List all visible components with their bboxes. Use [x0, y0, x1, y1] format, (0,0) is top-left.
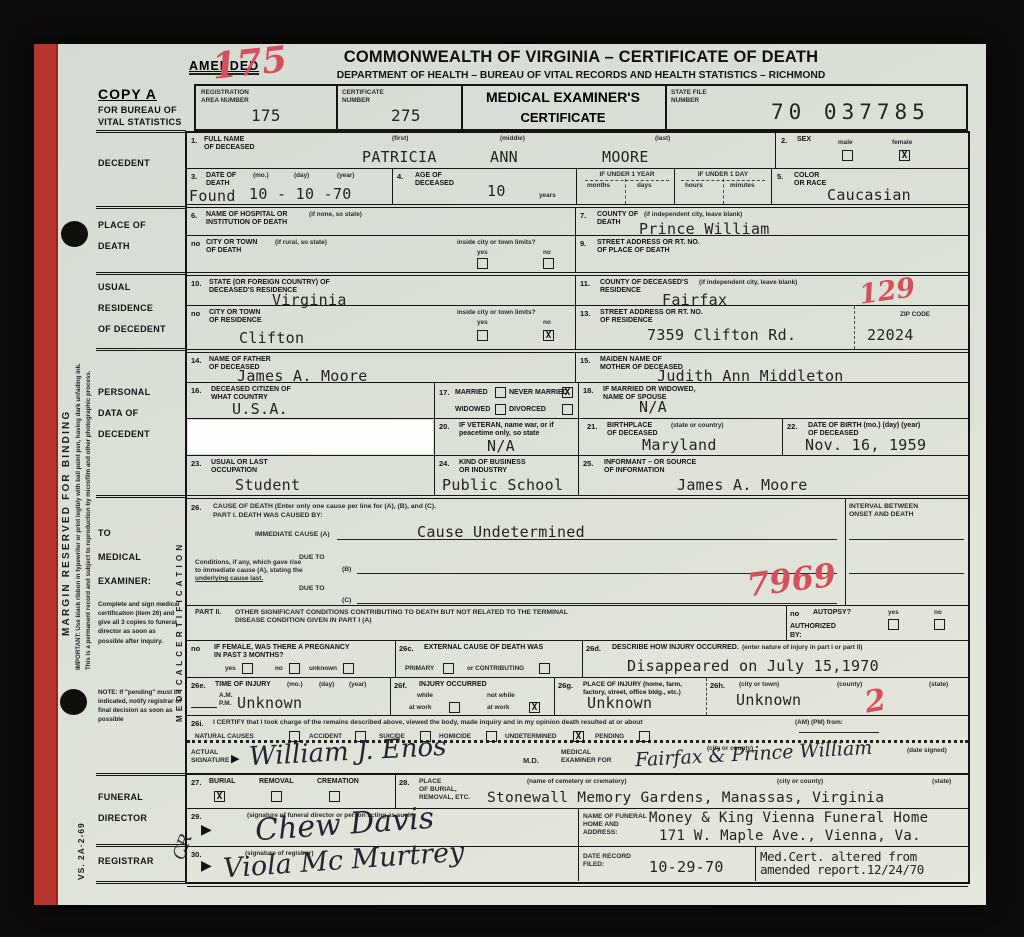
divorced-label: DIVORCED: [509, 406, 546, 414]
redacted-field-19: [188, 420, 433, 454]
burial-state-hint: (state): [932, 778, 951, 785]
city-of-death-label-1: CITY OR TOWN: [206, 239, 257, 247]
funeral-home-label-3: ADDRESS:: [583, 829, 617, 836]
city-limits-no-label2: no: [543, 249, 551, 256]
zip-code-value: 22024: [867, 326, 914, 344]
medical-examiner-for-label-1: MEDICAL: [561, 749, 591, 756]
city-limits-question: inside city or town limits?: [457, 239, 535, 246]
days-label: days: [637, 182, 652, 189]
city-limits-yes-label: yes: [477, 249, 488, 256]
signature-arrow-icon: ▶: [231, 752, 239, 765]
death-date-found-prefix: Found: [189, 187, 236, 205]
time-of-injury-value: Unknown: [237, 694, 302, 712]
burial-city-hint: (city or county): [777, 778, 823, 785]
race-label-1: COLOR: [794, 172, 819, 180]
state-file-number: 70 037785: [771, 100, 930, 124]
sidebar-to-medical-examiner-3: EXAMINER:: [98, 576, 151, 586]
widowed-checkbox: [495, 404, 506, 415]
date-filed-value: 10-29-70: [649, 858, 724, 876]
row-registrar: 30. ▶ (signature of registrar) Viola Mc …: [187, 846, 968, 881]
removal-checkbox: [271, 791, 282, 802]
pending-label: PENDING: [595, 733, 624, 740]
md-label: M.D.: [523, 756, 539, 765]
middle-name-value: ANN: [490, 148, 518, 166]
never-married-label: NEVER MARRIED: [509, 389, 568, 397]
injury-state-hint: (state): [929, 681, 948, 688]
death-month-hint: (mo.): [253, 172, 269, 179]
informant-label-1: INFORMANT – OR SOURCE: [604, 459, 696, 467]
sidebar-to-medical-examiner-1: TO: [98, 528, 111, 538]
sex-female-checkbox-checked: X: [899, 150, 910, 161]
birthplace-label: BIRTHPLACE: [607, 422, 652, 430]
birthplace-value: Maryland: [642, 436, 717, 454]
field2-number: 2.: [781, 136, 787, 145]
business-value: Public School: [442, 476, 563, 494]
residence-county-label-2: RESIDENCE: [600, 287, 641, 295]
residence-limits-yes-label: yes: [477, 319, 488, 326]
injury-city-hint: (city or town): [739, 681, 779, 688]
row-city-of-death: no CITY OR TOWN (if rural, so state) OF …: [187, 235, 968, 272]
field1-label-1: FULL NAME: [204, 136, 244, 144]
months-label: months: [587, 182, 610, 189]
row-name-sex: 1. FULL NAME OF DECEASED (first) (middle…: [187, 133, 968, 168]
interval-label-2: ONSET AND DEATH: [849, 511, 914, 518]
how-injury-hint: (enter nature of injury in part I or par…: [742, 644, 862, 651]
row-cause-of-death: 26. CAUSE OF DEATH (Enter only one cause…: [187, 495, 968, 605]
date-signed-hint: (date signed): [907, 747, 947, 754]
county-of-death-label-2: DEATH: [597, 219, 621, 227]
age-unit-label: years: [539, 192, 556, 199]
field11-number: 11.: [580, 279, 590, 288]
sidebar-instructions-note: Complete and sign medical certification …: [98, 600, 182, 646]
field3-number: 3.: [191, 172, 197, 181]
field1-number: 1.: [191, 136, 197, 145]
hospital-label-1: NAME OF HOSPITAL OR: [206, 211, 287, 219]
time-of-injury-label: TIME OF INJURY: [215, 681, 271, 689]
row-residence-state-county: 10. STATE (OR FOREIGN COUNTRY) OF DECEAS…: [187, 272, 968, 305]
pregnancy-unknown-checkbox: [343, 663, 354, 674]
registration-label-1: REGISTRATION: [201, 89, 249, 96]
under-1-day-label: IF UNDER 1 DAY: [681, 171, 765, 181]
sidebar-usual-residence-3: OF DECEDENT: [98, 324, 166, 334]
date-of-death-label-1: DATE OF: [206, 172, 236, 180]
cause-b-label: (B): [342, 566, 351, 573]
autopsy-yes-label: yes: [888, 609, 899, 616]
field17-number: 17.: [439, 388, 449, 397]
business-label-1: KIND OF BUSINESS: [459, 459, 526, 467]
certificate-number-label-2: NUMBER: [342, 97, 370, 104]
veteran-value: N/A: [487, 437, 515, 455]
state-file-label-2: NUMBER: [671, 97, 699, 104]
conditions-note-1: Conditions, if any, which gave rise: [195, 559, 301, 566]
race-value: Caucasian: [827, 186, 911, 204]
row-citizen-marital-spouse: 16. DECEASED CITIZEN OF WHAT COUNTRY U.S…: [187, 382, 968, 418]
row-examiner-signature: ACTUAL SIGNATURE ▶ William J. Enos M.D. …: [187, 743, 968, 773]
contributing-label: or CONTRIBUTING: [467, 665, 524, 672]
zip-code-label: ZIP CODE: [900, 311, 930, 318]
dob-label-1: DATE OF BIRTH (mo.) (day) (year): [808, 422, 920, 430]
cause-c-label: (C): [342, 597, 351, 604]
field4-number: 4.: [397, 172, 403, 181]
field18-number: 18.: [583, 386, 593, 395]
authorized-by-label: BY:: [790, 632, 802, 640]
age-value: 10: [487, 182, 506, 200]
field26h-number: 26h.: [710, 681, 725, 690]
header-number-boxes: REGISTRATION AREA NUMBER 175 CERTIFICATE…: [194, 84, 968, 131]
field25-number: 25.: [583, 459, 593, 468]
pending-checkbox: [639, 731, 650, 742]
field7-number: 7.: [580, 211, 586, 220]
pregnancy-no-checkbox: [289, 663, 300, 674]
pregnancy-unknown-label: unknown: [309, 665, 337, 672]
residence-city-value: Clifton: [239, 329, 304, 347]
field13-number: 13.: [580, 309, 590, 318]
copy-sub2: VITAL STATISTICS: [98, 117, 182, 127]
sex-female-label: female: [892, 139, 912, 146]
city-of-death-label-2: OF DEATH: [206, 247, 241, 255]
homicide-checkbox: [486, 731, 497, 742]
sidebar-personal-data-1: PERSONAL: [98, 387, 150, 397]
spouse-label-1: IF MARRIED OR WIDOWED,: [603, 386, 696, 394]
injury-day-hint: (day): [319, 681, 334, 688]
sidebar-funeral-director-2: DIRECTOR: [98, 813, 147, 823]
last-name-hint: (last): [655, 135, 670, 142]
hospital-label-2: INSTITUTION OF DEATH: [206, 219, 287, 227]
sidebar-place-of-death-2: DEATH: [98, 241, 130, 251]
divorced-checkbox: [562, 404, 573, 415]
informant-value: James A. Moore: [677, 476, 808, 494]
pregnancy-label-2: IN PAST 3 MONTHS?: [214, 652, 283, 660]
not-while-label: not while: [487, 692, 515, 699]
citizen-label-1: DECEASED CITIZEN OF: [211, 386, 291, 394]
cemetery-hint: (name of cemetery or crematory): [527, 778, 626, 785]
conditions-note-3: underlying cause last.: [195, 575, 263, 582]
injury-county-hint: (county): [837, 681, 862, 688]
sidebar-funeral-director-1: FUNERAL: [98, 792, 143, 802]
residence-city-label-1: CITY OR TOWN: [209, 309, 260, 317]
never-married-checkbox-checked: X: [562, 387, 573, 398]
due-to-b-label: DUE TO: [299, 554, 325, 561]
death-street-label-1: STREET ADDRESS OR RT. NO.: [597, 239, 700, 247]
sidebar-personal-data-3: DECEDENT: [98, 429, 150, 439]
row-funeral-director: 29. ▶ (signature of funeral director or …: [187, 808, 968, 846]
sidebar-decedent: DECEDENT: [98, 158, 150, 168]
how-injury-value: Disappeared on July 15,1970: [627, 657, 879, 675]
funeral-director-arrow-icon: ▶: [201, 821, 212, 838]
death-year-hint: (year): [337, 172, 354, 179]
field26e-number: 26e.: [191, 681, 206, 690]
pregnancy-yes-checkbox: [242, 663, 253, 674]
sidebar-to-medical-examiner-2: MEDICAL: [98, 552, 141, 562]
row-death-date-age-race: 3. DATE OF DEATH (mo.) (day) (year) Foun…: [187, 168, 968, 204]
funeral-home-label-1: NAME OF FUNERAL: [583, 813, 647, 820]
autopsy-label: AUTOPSY?: [813, 609, 851, 617]
residence-limits-no-checkbox-checked: X: [543, 330, 554, 341]
county-of-death-label-1: COUNTY OF: [597, 211, 638, 219]
field26i-number: 26i.: [191, 719, 204, 728]
occupation-label-2: OCCUPATION: [211, 467, 257, 475]
place-of-injury-label-1: PLACE OF INJURY (home, farm,: [583, 681, 682, 688]
city-limits-no-checkbox: [543, 258, 554, 269]
minutes-label: minutes: [730, 182, 755, 189]
field16-number: 16.: [191, 386, 201, 395]
mother-label-1: MAIDEN NAME OF: [600, 356, 662, 364]
natural-causes-label: NATURAL CAUSES: [195, 733, 254, 740]
undetermined-label: UNDETERMINED: [505, 733, 556, 740]
state-file-label-1: STATE FILE: [671, 89, 707, 96]
hours-label: hours: [685, 182, 703, 189]
part2-label: PART II.: [195, 609, 221, 616]
field26f-number: 26f.: [394, 681, 407, 690]
field24-number: 24.: [439, 459, 449, 468]
registrar-arrow-icon: ▶: [201, 857, 212, 874]
form-code: VS. 2A·2-69: [76, 822, 86, 880]
death-street-label-2: OF PLACE OF DEATH: [597, 247, 670, 255]
death-day-hint: (day): [294, 172, 309, 179]
registration-label-2: AREA NUMBER: [201, 97, 249, 104]
residence-city-label-2: OF RESIDENCE: [209, 317, 262, 325]
removal-label: REMOVAL: [259, 778, 293, 786]
how-injury-label: DESCRIBE HOW INJURY OCCURRED.: [612, 644, 739, 652]
field15-number: 15.: [580, 356, 590, 365]
immediate-cause-value: Cause Undetermined: [417, 523, 585, 541]
sidebar-registrar: REGISTRAR: [98, 856, 154, 866]
residence-street-label-1: STREET ADDRESS OR RT. NO.: [600, 309, 703, 317]
field26d-number: 26d.: [586, 644, 601, 653]
due-to-c-label: DUE TO: [299, 585, 325, 592]
injury-month-hint: (mo.): [287, 681, 303, 688]
field10-number: 10.: [191, 279, 201, 288]
primary-label: PRIMARY: [405, 665, 434, 672]
age-label-2: DECEASED: [415, 180, 454, 188]
residence-limits-no-label: no: [543, 319, 551, 326]
residence-limits-yes-checkbox: [477, 330, 488, 341]
row-disposition: 27. BURIAL REMOVAL CREMATION X 28. PLACE…: [187, 773, 968, 808]
birthplace-hint: (state or country): [671, 422, 724, 429]
first-name-hint: (first): [392, 135, 408, 142]
spouse-value: N/A: [639, 398, 667, 416]
residence-county-hint: (if independent city, leave blank): [699, 279, 797, 286]
last-name-value: MOORE: [602, 148, 649, 166]
certify-statement: I CERTIFY that I took charge of the rema…: [213, 719, 643, 726]
registration-number: 175: [251, 106, 281, 125]
residence-limits-question: inside city or town limits?: [457, 309, 535, 316]
medical-examiner-for-label-2: EXAMINER FOR: [561, 757, 612, 764]
margin-binding-label: MARGIN RESERVED FOR BINDING: [61, 410, 72, 636]
undetermined-checkbox-checked: X: [573, 731, 584, 742]
not-at-work-checkbox-checked: X: [529, 702, 540, 713]
row-residence-city-street-zip: no CITY OR TOWN OF RESIDENCE Clifton ins…: [187, 305, 968, 349]
place-of-burial-value: Stonewall Memory Gardens, Manassas, Virg…: [487, 790, 884, 806]
funeral-home-address-value: 171 W. Maple Ave., Vienna, Va.: [659, 828, 921, 844]
burial-checkbox-checked: X: [214, 791, 225, 802]
row-occupation-informant: 23. USUAL OR LAST OCCUPATION Student 24.…: [187, 455, 968, 495]
cause-part1-label: PART I. DEATH WAS CAUSED BY:: [213, 512, 323, 519]
field27-number: 27.: [191, 778, 201, 787]
county-of-death-hint: (if independent city, leave blank): [644, 211, 742, 218]
binding-stripe: [34, 44, 58, 905]
residence-street-value: 7359 Clifton Rd.: [647, 326, 796, 344]
married-label: MARRIED: [455, 389, 488, 397]
primary-checkbox: [443, 663, 454, 674]
am-label: A.M.: [219, 692, 233, 699]
sex-label: SEX: [797, 136, 811, 144]
sidebar-place-of-death-1: PLACE OF: [98, 220, 146, 230]
field21-number: 21.: [587, 422, 597, 431]
row-part2-autopsy: PART II. OTHER SIGNIFICANT CONDITIONS CO…: [187, 605, 968, 640]
margin-important-line1: IMPORTANT: Use black ribbon in typewrite…: [74, 363, 84, 670]
dob-value: Nov. 16, 1959: [805, 436, 926, 454]
pregnancy-yes-label: yes: [225, 665, 236, 672]
conditions-note-2: to immediate cause (A), stating the: [195, 567, 303, 574]
certificate-subtitle: DEPARTMENT OF HEALTH – BUREAU OF VITAL R…: [194, 70, 968, 81]
actual-signature-label-2: SIGNATURE: [191, 757, 229, 764]
certificate-number-label-1: CERTIFICATE: [342, 89, 384, 96]
certificate-paper: MARGIN RESERVED FOR BINDING IMPORTANT: U…: [34, 44, 986, 905]
field14-number: 14.: [191, 356, 201, 365]
field12-number: no: [191, 309, 200, 318]
cremation-checkbox: [329, 791, 340, 802]
veteran-label-1: IF VETERAN, name war, or if: [459, 422, 554, 430]
punch-hole-bottom: [60, 689, 87, 715]
injury-location-value: Unknown: [736, 691, 801, 709]
place-of-burial-label-3: REMOVAL, ETC.: [419, 794, 470, 801]
actual-signature-label-1: ACTUAL: [191, 749, 218, 756]
place-of-burial-label-2: OF BURIAL,: [419, 786, 457, 793]
residence-street-label-2: OF RESIDENCE: [600, 317, 653, 325]
alteration-note-2: amended report.12/24/70: [760, 862, 924, 877]
scanned-death-certificate: { "glyphs": { "arrow": "\u25B6", "check"…: [0, 0, 1024, 937]
race-label-2: OR RACE: [794, 180, 826, 188]
external-cause-label: EXTERNAL CAUSE OF DEATH WAS: [424, 644, 543, 652]
father-label-1: NAME OF FATHER: [209, 356, 271, 364]
death-date-value: 10 - 10 -70: [249, 185, 352, 203]
field9-number: 9.: [580, 239, 586, 248]
funeral-home-name-value: Money & King Vienna Funeral Home: [649, 810, 928, 826]
part2-text-2: DISEASE CONDITION GIVEN IN PART I (A): [235, 617, 372, 624]
funeral-home-label-2: HOME AND: [583, 821, 619, 828]
copy-label: COPY A: [98, 86, 157, 102]
sex-male-checkbox: [842, 150, 853, 161]
while-label: while: [417, 692, 433, 699]
informant-label-2: OF INFORMATION: [604, 467, 665, 475]
city-limits-yes-checkbox: [477, 258, 488, 269]
field26b-number: no: [191, 644, 200, 653]
margin-important-note: IMPORTANT: Use black ribbon in typewrite…: [74, 363, 94, 670]
bottom-rule: [187, 883, 968, 887]
part2-text-1: OTHER SIGNIFICANT CONDITIONS CONTRIBUTIN…: [235, 609, 568, 616]
occupation-value: Student: [235, 476, 300, 494]
field23-number: 23.: [191, 459, 201, 468]
business-label-2: OR INDUSTRY: [459, 467, 507, 475]
pm-label: P.M.: [219, 700, 231, 707]
field30-number: 30.: [191, 850, 201, 859]
middle-name-hint: (middle): [500, 135, 525, 142]
at-work-label-2: at work: [487, 704, 509, 711]
certify-ampm-label: (AM) (PM) from:: [795, 719, 843, 726]
field26a-number: no: [790, 609, 799, 618]
authorized-label: AUTHORIZED: [790, 623, 836, 631]
widowed-label: WIDOWED: [455, 406, 490, 414]
hospital-hint: (if none, so state): [309, 211, 362, 218]
place-of-burial-label-1: PLACE: [419, 778, 441, 785]
field26g-number: 26g.: [558, 681, 573, 690]
field26-number: 26.: [191, 503, 201, 512]
injury-year-hint: (year): [349, 681, 366, 688]
row-injury-time-place: 26e. TIME OF INJURY (mo.) (day) (year) A…: [187, 677, 968, 715]
copy-sub1: FOR BUREAU OF: [98, 105, 177, 115]
field28-number: 28.: [399, 778, 409, 787]
pregnancy-no-label: no: [275, 665, 283, 672]
at-work-checkbox: [449, 702, 460, 713]
injury-occurred-label: INJURY OCCURRED: [419, 681, 487, 689]
date-filed-label-2: FILED:: [583, 861, 604, 868]
contributing-checkbox: [539, 663, 550, 674]
field1-label-2: OF DECEASED: [204, 144, 255, 152]
medical-examiners-title-2: CERTIFICATE: [461, 110, 665, 125]
sidebar-usual-residence-1: USUAL: [98, 282, 131, 292]
citizen-value: U.S.A.: [232, 400, 288, 418]
interval-label-1: INTERVAL BETWEEN: [849, 503, 918, 510]
cremation-label: CREMATION: [317, 778, 359, 786]
autopsy-yes-checkbox: [888, 619, 899, 630]
field22-number: 22.: [787, 422, 797, 431]
immediate-cause-label: IMMEDIATE CAUSE (A): [255, 531, 330, 538]
burial-label: BURIAL: [209, 778, 235, 786]
row-pregnancy-external-injury: no IF FEMALE, WAS THERE A PREGNANCY IN P…: [187, 640, 968, 677]
cause-instructions: CAUSE OF DEATH (Enter only one cause per…: [213, 503, 436, 510]
age-label-1: AGE OF: [415, 172, 442, 180]
row-father-mother: 14. NAME OF FATHER OF DECEASED James A. …: [187, 349, 968, 382]
field5-number: 5.: [777, 172, 783, 181]
occupation-label-1: USUAL OR LAST: [211, 459, 268, 467]
row-hospital-county: 6. NAME OF HOSPITAL OR (if none, so stat…: [187, 204, 968, 235]
punch-hole-top: [61, 221, 88, 247]
residence-state-label-1: STATE (OR FOREIGN COUNTRY) OF: [209, 279, 330, 287]
sidebar-pending-note: NOTE: If "pending" must be indicated, no…: [98, 688, 182, 725]
autopsy-no-checkbox: [934, 619, 945, 630]
place-of-injury-value: Unknown: [587, 694, 652, 712]
autopsy-no-label: no: [934, 609, 942, 616]
sidebar-usual-residence-2: RESIDENCE: [98, 303, 153, 313]
field6-number: 6.: [191, 211, 197, 220]
medical-examiners-title-1: MEDICAL EXAMINER'S: [461, 89, 665, 105]
date-filed-label-1: DATE RECORD: [583, 853, 631, 860]
first-name-value: PATRICIA: [362, 148, 437, 166]
sidebar-personal-data-2: DATA OF: [98, 408, 138, 418]
residence-county-label-1: COUNTY OF DECEASED'S: [600, 279, 688, 287]
married-checkbox: [495, 387, 506, 398]
field20-number: 20.: [439, 422, 449, 431]
field29-number: 29.: [191, 812, 201, 821]
field26c-number: 26c.: [399, 644, 414, 653]
certificate-number: 275: [391, 106, 421, 125]
city-of-death-hint: (if rural, so state): [275, 239, 327, 246]
field8-number: no: [191, 239, 200, 248]
pregnancy-label-1: IF FEMALE, WAS THERE A PREGNANCY: [214, 644, 350, 652]
cause-code-handwritten: 7969: [745, 556, 838, 605]
row-veteran-birthplace-dob: 20. IF VETERAN, name war, or if peacetim…: [187, 418, 968, 455]
margin-important-line2: This is a permanent record and subject t…: [84, 363, 94, 670]
under-1-year-label: IF UNDER 1 YEAR: [585, 171, 669, 181]
sex-male-label: male: [838, 139, 853, 146]
at-work-label-1: at work: [409, 704, 431, 711]
certificate-title: COMMONWEALTH OF VIRGINIA – CERTIFICATE O…: [194, 48, 968, 67]
